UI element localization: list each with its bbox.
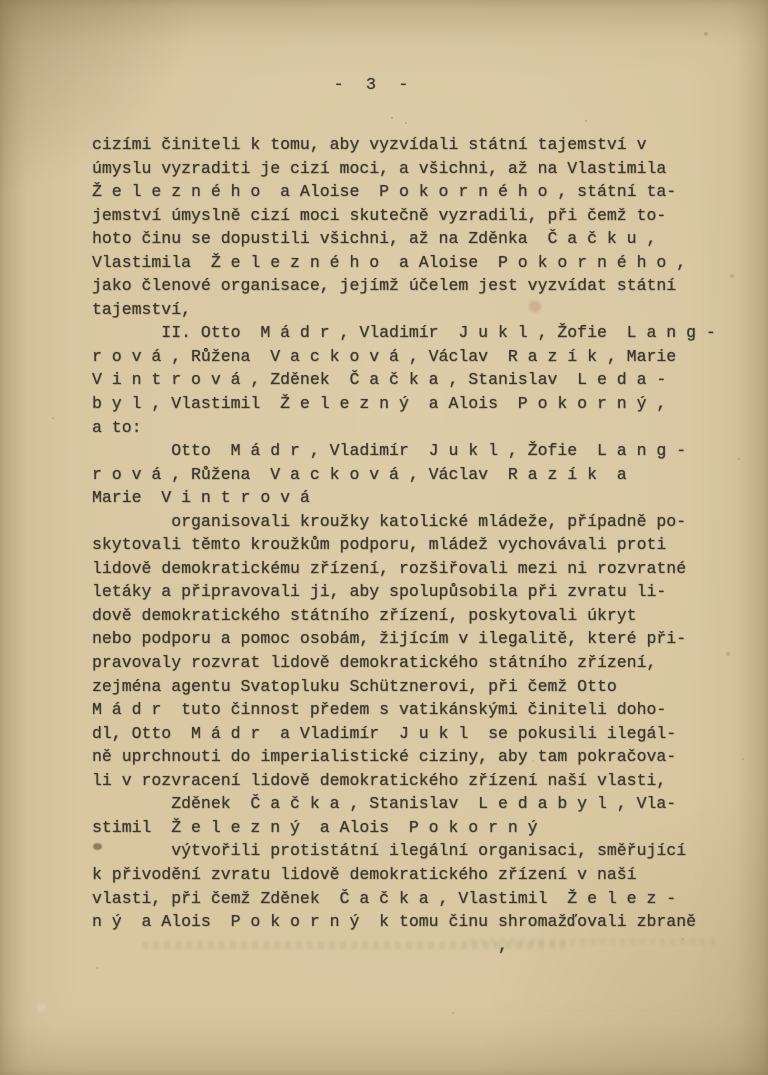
page-number: - 3 - (0, 76, 758, 95)
document-page: - 3 - cizími činiteli k tomu, aby vyzvíd… (0, 0, 768, 1075)
text-line: letáky a připravovali ji, aby spolupůsob… (92, 580, 742, 604)
text-line: V i n t r o v á , Zděnek Č a č k a , Sta… (92, 368, 742, 392)
text-line: hoto činu se dopustili všichni, až na Zd… (92, 227, 742, 251)
text-line: vlasti, při čemž Zděnek Č a č k a , Vlas… (92, 887, 742, 911)
text-line: ně uprchnouti do imperialistické ciziny,… (92, 745, 742, 769)
text-line: , (92, 934, 742, 958)
text-line: li v rozvracení lidově demokratického zř… (92, 769, 742, 793)
text-line: Marie V i n t r o v á (92, 486, 742, 510)
text-line: pravovaly rozvrat lidově demokratického … (92, 651, 742, 675)
text-line: lidově demokratickému zřízení, rozšiřova… (92, 557, 742, 581)
text-line: organisovali kroužky katolické mládeže, … (92, 510, 742, 534)
text-line: skytovali těmto kroužkům podporu, mládež… (92, 533, 742, 557)
text-line: Otto M á d r , Vladimír J u k l , Žofie … (92, 439, 742, 463)
document-text: cizími činiteli k tomu, aby vyzvídali st… (92, 133, 742, 957)
text-line: jemství úmyslně cizí moci skutečně vyzra… (92, 204, 742, 228)
paper-speckles (0, 0, 2, 2)
text-line: výtvořili protistátní ilegální organisac… (92, 839, 742, 863)
text-line: b y l , Vlastimil Ž e l e z n ý a Alois … (92, 392, 742, 416)
text-line: M á d r tuto činnost předem s vatikánský… (92, 698, 742, 722)
text-line: r o v á , Růžena V a c k o v á , Václav … (92, 463, 742, 487)
text-line: II. Otto M á d r , Vladimír J u k l , Žo… (92, 321, 742, 345)
text-line: dl, Otto M á d r a Vladimír J u k l se p… (92, 722, 742, 746)
text-line: n ý a Alois P o k o r n ý k tomu činu sh… (92, 910, 742, 934)
text-line: dově demokratického státního zřízení, po… (92, 604, 742, 628)
paper-blemish (36, 1003, 46, 1012)
text-line: Ž e l e z n é h o a Aloise P o k o r n é… (92, 180, 742, 204)
text-line: nebo podporu a pomoc osobám, žijícím v i… (92, 627, 742, 651)
text-line: r o v á , Růžena V a c k o v á , Václav … (92, 345, 742, 369)
text-line: Zděnek Č a č k a , Stanislav L e d a b y… (92, 792, 742, 816)
text-line: zejména agentu Svatopluku Schütznerovi, … (92, 675, 742, 699)
text-line: stimil Ž e l e z n ý a Alois P o k o r n… (92, 816, 742, 840)
text-line: k přivodění zvratu lidově demokratického… (92, 863, 742, 887)
text-line: cizími činiteli k tomu, aby vyzvídali st… (92, 133, 742, 157)
text-line: úmyslu vyzraditi je cizí moci, a všichni… (92, 157, 742, 181)
text-line: Vlastimila Ž e l e z n é h o a Aloise P … (92, 251, 742, 275)
text-line: jako členové organisace, jejímž účelem j… (92, 274, 742, 298)
text-line: tajemství, (92, 298, 742, 322)
text-line: a to: (92, 416, 742, 440)
